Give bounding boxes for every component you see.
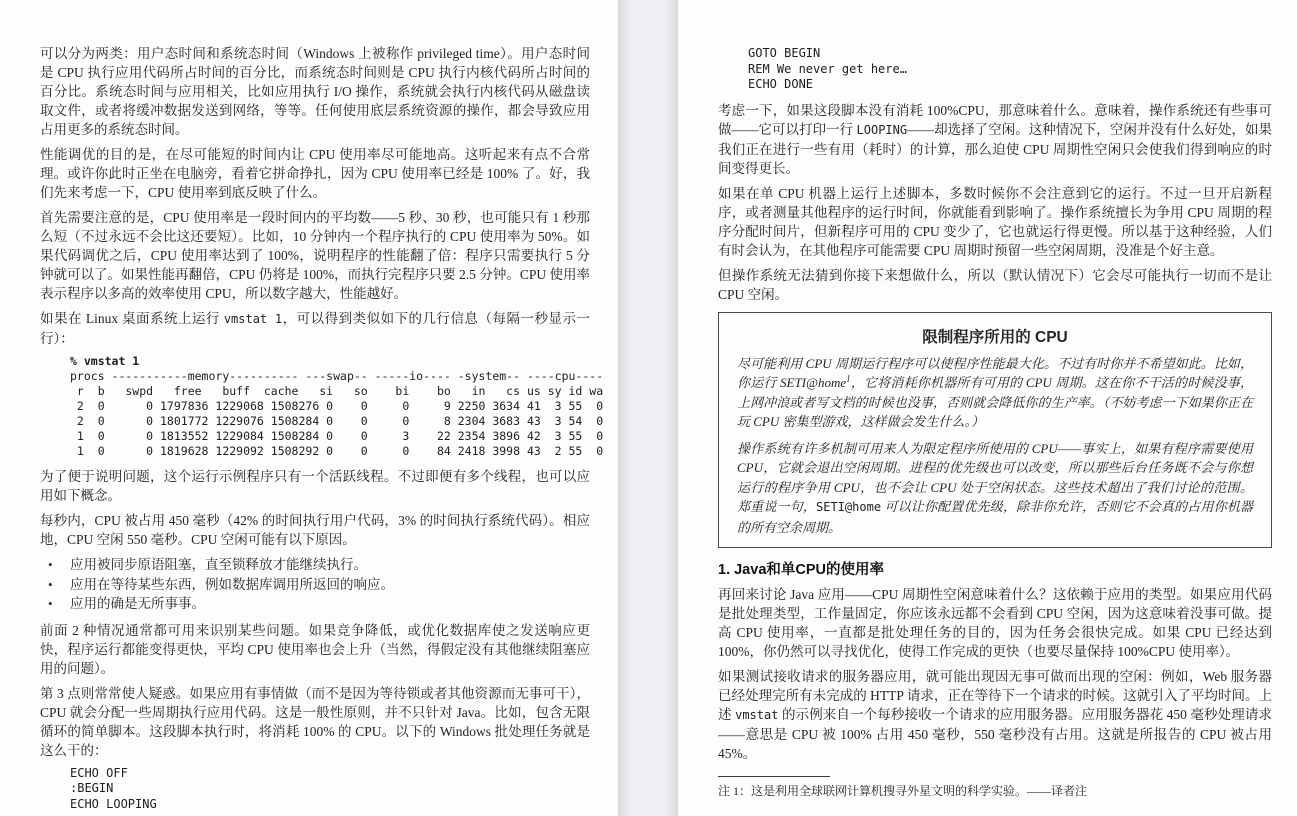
bullet-item: 应用被同步原语阻塞，直至锁释放才能继续执行。 bbox=[48, 555, 590, 575]
code-block-batch-continued: GOTO BEGIN REM We never get here… ECHO D… bbox=[718, 46, 1272, 93]
sidebar-box-paragraph: 尽可能利用 CPU 周期运行程序可以使程序性能最大化。不过有时你并不希望如此。比… bbox=[737, 354, 1253, 432]
paragraph: 但操作系统无法猜到你接下来想做什么，所以（默认情况下）它会尽可能执行一切而不是让… bbox=[718, 266, 1272, 304]
footnote-area: 注 1：这是利用全球联网计算机搜寻外星文明的科学实验。——译者注 bbox=[718, 776, 1272, 799]
paragraph: 第 3 点则常常使人疑惑。如果应用有事情做（而不是因为等待锁或者其他资源而无事可… bbox=[40, 684, 590, 760]
page-gutter bbox=[618, 0, 678, 816]
paragraph-text: 的示例来自一个每秒接收一个请求的应用服务器。应用服务器花 450 毫秒处理请求—… bbox=[718, 707, 1272, 761]
inline-code-setihome: SETI@home bbox=[816, 500, 881, 514]
book-page-right: GOTO BEGIN REM We never get here… ECHO D… bbox=[678, 0, 1297, 816]
paragraph: 前面 2 种情况通常都可用来识别某些问题。如果竞争降低，或优化数据库使之发送响应… bbox=[40, 621, 590, 678]
paragraph: 如果在单 CPU 机器上运行上述脚本，多数时候你不会注意到它的运行。不过一旦开启… bbox=[718, 184, 1272, 260]
paragraph: 性能调优的目的是，在尽可能短的时间内让 CPU 使用率尽可能地高。这听起来有点不… bbox=[40, 145, 590, 202]
paragraph: 可以分为两类：用户态时间和系统态时间（Windows 上被称作 privileg… bbox=[40, 44, 590, 139]
section-heading-java-single-cpu: 1. Java和单CPU的使用率 bbox=[718, 558, 1272, 579]
footnote-text: 注 1：这是利用全球联网计算机搜寻外星文明的科学实验。——译者注 bbox=[718, 783, 1272, 799]
left-page-content: 可以分为两类：用户态时间和系统态时间（Windows 上被称作 privileg… bbox=[40, 44, 590, 816]
bullet-item: 应用的确是无所事事。 bbox=[48, 594, 590, 614]
bullet-list: 应用被同步原语阻塞，直至锁释放才能继续执行。 应用在等待某些东西，例如数据库调用… bbox=[40, 555, 590, 614]
sidebar-box-paragraph: 操作系统有许多机制可用来人为限定程序所使用的 CPU——事实上，如果有程序需要使… bbox=[737, 439, 1253, 538]
inline-code-vmstat: vmstat bbox=[735, 708, 778, 722]
paragraph: 首先需要注意的是，CPU 使用率是一段时间内的平均数——5 秒、30 秒，也可能… bbox=[40, 208, 590, 303]
seti-home-name: SETI@home bbox=[780, 375, 846, 390]
paragraph: 为了便于说明问题，这个运行示例程序只有一个活跃线程。不过即便有多个线程，也可以应… bbox=[40, 467, 590, 505]
sidebar-box-cpu-limit: 限制程序所用的 CPU 尽可能利用 CPU 周期运行程序可以使程序性能最大化。不… bbox=[718, 312, 1272, 549]
right-page-content: GOTO BEGIN REM We never get here… ECHO D… bbox=[718, 44, 1272, 799]
code-block-vmstat: % vmstat 1 procs -----------memory------… bbox=[40, 354, 590, 459]
paragraph: 如果在 Linux 桌面系统上运行 vmstat 1，可以得到类似如下的几行信息… bbox=[40, 309, 590, 348]
footnote-rule bbox=[718, 776, 830, 777]
inline-code-vmstat: vmstat 1 bbox=[224, 312, 282, 326]
paragraph: 再回来讨论 Java 应用——CPU 周期性空闲意味着什么？这依赖于应用的类型。… bbox=[718, 585, 1272, 661]
paragraph: 考虑一下，如果这段脚本没有消耗 100%CPU，那意味着什么。意味着，操作系统还… bbox=[718, 101, 1272, 178]
vmstat-output: procs -----------memory---------- ---swa… bbox=[70, 369, 603, 458]
book-page-left: 可以分为两类：用户态时间和系统态时间（Windows 上被称作 privileg… bbox=[0, 0, 618, 816]
vmstat-command: % vmstat 1 bbox=[70, 354, 139, 368]
bullet-item: 应用在等待某些东西，例如数据库调用所返回的响应。 bbox=[48, 575, 590, 595]
code-block-batch: ECHO OFF :BEGIN ECHO LOOPING bbox=[40, 766, 590, 813]
sidebar-box-title: 限制程序所用的 CPU bbox=[737, 325, 1253, 347]
inline-code-looping: LOOPING bbox=[857, 123, 908, 137]
paragraph-text: 如果在 Linux 桌面系统上运行 bbox=[40, 311, 224, 326]
paragraph: 如果测试接收请求的服务器应用，就可能出现因无事可做而出现的空闲：例如，Web 服… bbox=[718, 667, 1272, 763]
paragraph: 每秒内，CPU 被占用 450 毫秒（42% 的时间执行用户代码，3% 的时间执… bbox=[40, 511, 590, 549]
